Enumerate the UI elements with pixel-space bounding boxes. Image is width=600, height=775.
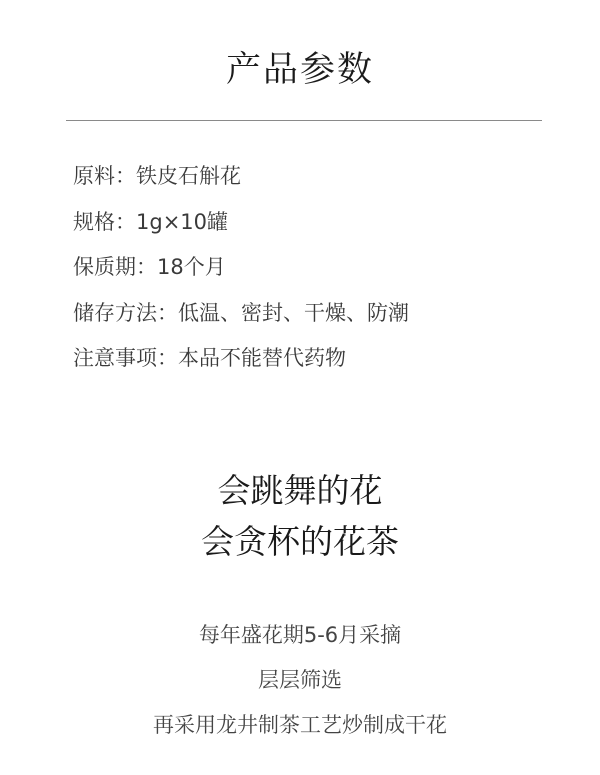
spec-row-storage: 储存方法：低温、密封、干燥、防潮 — [73, 297, 409, 343]
spec-value: 铁皮石斛花 — [136, 164, 241, 188]
spec-label: 储存方法： — [73, 301, 178, 325]
spec-row-notice: 注意事项：本品不能替代药物 — [73, 342, 409, 388]
spec-value: 18个月 — [157, 255, 226, 279]
spec-label: 原料： — [73, 164, 136, 188]
spec-row-shelf-life: 保质期：18个月 — [73, 251, 409, 297]
spec-list: 原料：铁皮石斛花 规格：1g×10罐 保质期：18个月 储存方法：低温、密封、干… — [73, 160, 409, 388]
spec-value: 1g×10罐 — [136, 210, 228, 234]
page-title: 产品参数 — [0, 42, 600, 92]
spec-value: 本品不能替代药物 — [178, 346, 346, 370]
spec-value: 低温、密封、干燥、防潮 — [178, 301, 409, 325]
spec-label: 规格： — [73, 210, 136, 234]
slogan-line-1: 会跳舞的花 — [0, 466, 600, 517]
spec-row-size: 规格：1g×10罐 — [73, 206, 409, 252]
slogan: 会跳舞的花 会贪杯的花茶 — [0, 466, 600, 568]
spec-row-ingredient: 原料：铁皮石斛花 — [73, 160, 409, 206]
description-line-1: 每年盛花期5-6月采摘 — [0, 621, 600, 666]
divider — [66, 120, 542, 121]
description-line-3: 再采用龙井制茶工艺炒制成干花 — [0, 711, 600, 756]
slogan-line-2: 会贪杯的花茶 — [0, 517, 600, 568]
spec-label: 保质期： — [73, 255, 157, 279]
description-line-2: 层层筛选 — [0, 666, 600, 711]
description: 每年盛花期5-6月采摘 层层筛选 再采用龙井制茶工艺炒制成干花 — [0, 621, 600, 756]
spec-label: 注意事项： — [73, 346, 178, 370]
